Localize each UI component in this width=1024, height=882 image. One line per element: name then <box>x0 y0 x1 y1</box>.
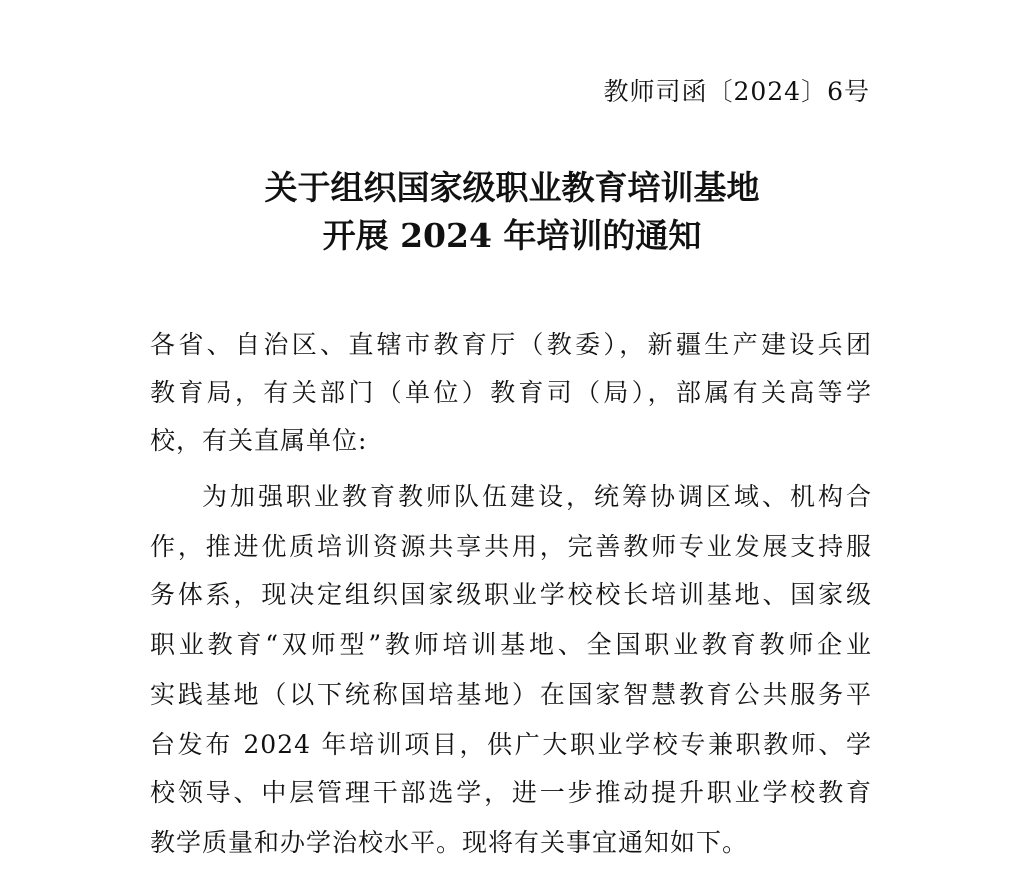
paragraph-line: 作，推进优质培训资源共享共用，完善教师专业发展支持服 <box>150 527 872 567</box>
addressee-line: 教育局，有关部门（单位）教育司（局），部属有关高等学 <box>150 373 872 413</box>
document-number: 教师司函〔2024〕6号 <box>603 72 870 112</box>
paragraph-line: 教学质量和办学治校水平。现将有关事宜通知如下。 <box>150 823 872 863</box>
paragraph-line: 职业教育“双师型”教师培训基地、全国职业教育教师企业 <box>150 625 872 665</box>
addressee-line: 校，有关直属单位: <box>150 421 872 461</box>
document-title: 关于组织国家级职业教育培训基地 开展 2024 年培训的通知 <box>0 164 1024 260</box>
paragraph-line: 校领导、中层管理干部选学，进一步推动提升职业学校教育 <box>150 773 872 813</box>
title-line-2: 开展 2024 年培训的通知 <box>0 212 1024 260</box>
title-line-1: 关于组织国家级职业教育培训基地 <box>0 164 1024 212</box>
paragraph-line: 为加强职业教育教师队伍建设，统筹协调区域、机构合 <box>202 477 872 517</box>
paragraph-line: 实践基地（以下统称国培基地）在国家智慧教育公共服务平 <box>150 675 872 715</box>
paragraph-line: 台发布 2024 年培训项目，供广大职业学校专兼职教师、学 <box>150 725 872 765</box>
addressee-line: 各省、自治区、直辖市教育厅（教委），新疆生产建设兵团 <box>150 325 872 365</box>
paragraph-line: 务体系，现决定组织国家级职业学校校长培训基地、国家级 <box>150 575 872 615</box>
